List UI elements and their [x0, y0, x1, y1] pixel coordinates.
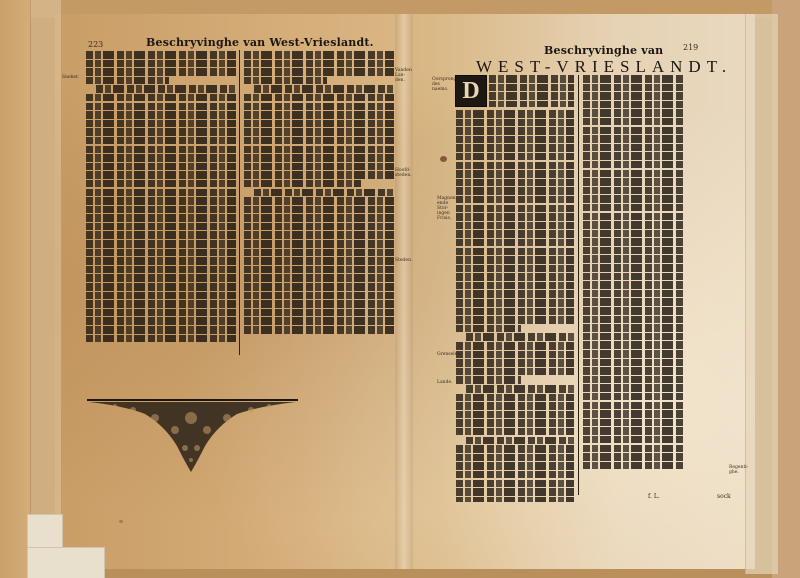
left-margin-note: Steden. — [395, 258, 407, 263]
right-column-rule — [578, 75, 579, 495]
right-margin-note: Magnen ende Stor-ingen Frisis. — [437, 196, 457, 221]
left-margin-note: Hoofd-steden. — [395, 168, 407, 178]
right-page-column-a-body — [456, 110, 574, 502]
left-margin-note: Vanden Lan-den. — [395, 68, 407, 83]
right-margin-note: Regenti-ghe. — [729, 465, 745, 475]
foxing-stain — [440, 156, 447, 162]
left-running-head: Beschryvinghe van West-Vrieslandt. — [146, 36, 374, 49]
right-page-column-b: Landen tot haren noortoefli zijn toeftuw… — [583, 75, 683, 495]
left-page-column-a: nach der Monarchen ende Heeren gebrachge… — [86, 51, 236, 351]
left-page-number: 223 — [88, 40, 103, 49]
right-margin-note: Oorsprong des naems. — [432, 77, 454, 92]
left-column-rule — [239, 50, 240, 355]
right-margin-note: Grenselen. — [437, 352, 457, 357]
tailpiece-ornament-icon — [85, 396, 300, 476]
page-signature: f. L. — [648, 494, 660, 499]
left-tape-strip — [30, 0, 62, 578]
foxing-stain — [119, 520, 123, 523]
right-page-number: 219 — [683, 43, 698, 52]
catchword: sock — [717, 494, 731, 499]
right-margin-note: Lande. — [437, 380, 457, 385]
left-margin-note: Sneker. — [62, 75, 79, 80]
mount-board-left — [0, 0, 30, 578]
right-title-line-2: WEST-VRIESLANDT. — [476, 57, 732, 77]
paper-repair-patch — [27, 547, 105, 578]
right-tape-strip — [745, 14, 778, 574]
decorated-initial: D — [455, 75, 487, 107]
right-title-line-1: Beschryvinghe van — [544, 44, 663, 57]
page-gutter — [395, 14, 413, 569]
right-page-column-a: En naem van West-Vrieslandt heb- — [489, 75, 574, 107]
left-page-column-b: Stadt is het Vaderlant Joannes Vlyte, so… — [244, 51, 394, 353]
